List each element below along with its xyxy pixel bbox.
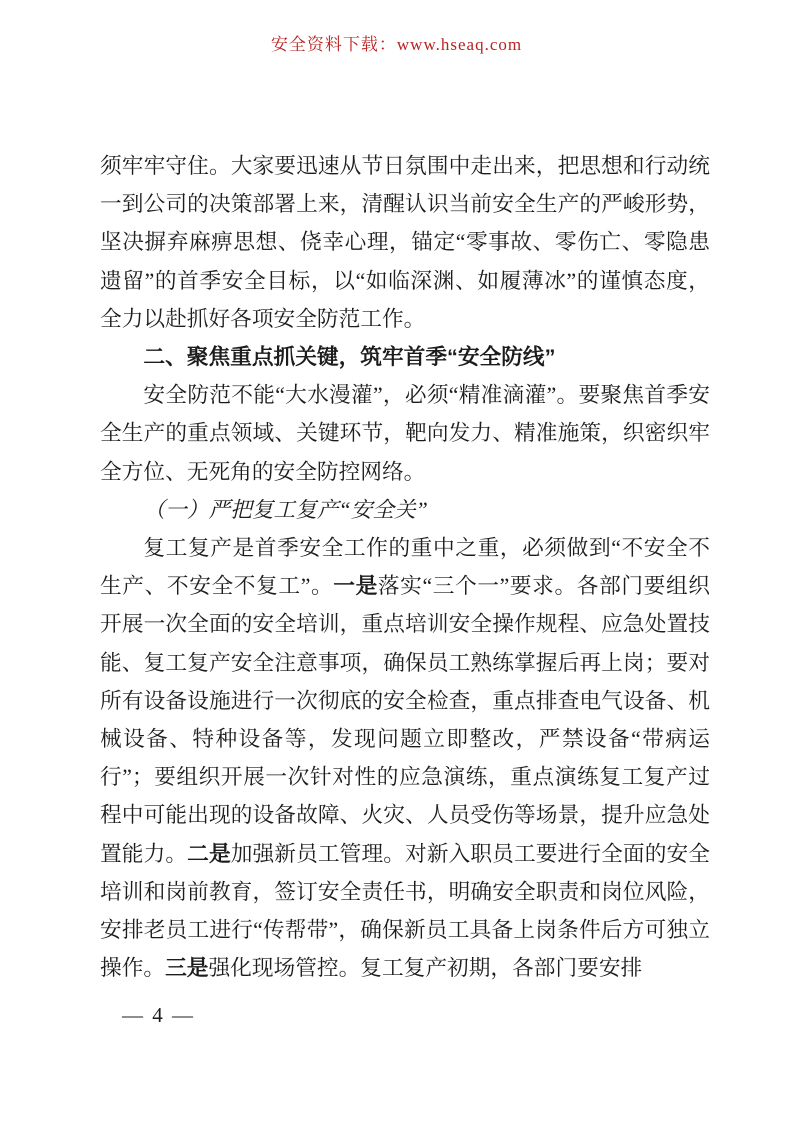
document-body: 须牢牢守住。大家要迅速从节日氛围中走出来，把思想和行动统一到公司的决策部署上来，…: [100, 147, 710, 987]
sub-section-heading: （一）严把复工复产“安全关”: [100, 491, 710, 529]
text-run: 须牢牢守住。大家要迅速从节日氛围中走出来，把思想和行动统一到公司的决策部署上来，…: [100, 154, 710, 331]
section-heading: 二、聚焦重点抓关键，筑牢首季“安全防线”: [100, 338, 710, 376]
document-page: 安全资料下载：www.hseaq.com 须牢牢守住。大家要迅速从节日氛围中走出…: [0, 0, 793, 1122]
text-run: 安全防范不能“大水漫灌”，必须“精准滴灌”。要聚焦首季安全生产的重点领域、关键环…: [100, 383, 710, 483]
text-run: 强化现场管控。复工复产初期，各部门要安排: [208, 956, 642, 980]
download-site-header: 安全资料下载：www.hseaq.com: [0, 30, 793, 55]
text-run: （一）严把复工复产“安全关”: [143, 498, 427, 522]
emphasis-text: 二、聚焦重点抓关键，筑牢首季“安全防线”: [143, 344, 555, 369]
emphasis-text: 一是: [333, 574, 378, 598]
emphasis-text: 二是: [187, 842, 231, 866]
emphasis-text: 三是: [165, 956, 208, 980]
body-paragraph: 复工复产是首季安全工作的重中之重，必须做到“不安全不生产、不安全不复工”。一是落…: [100, 529, 710, 987]
body-paragraph: 须牢牢守住。大家要迅速从节日氛围中走出来，把思想和行动统一到公司的决策部署上来，…: [100, 147, 710, 338]
text-run: 落实“三个一”要求。各部门要组织开展一次全面的安全培训，重点培训安全操作规程、应…: [100, 574, 710, 865]
page-number: — 4 —: [122, 1003, 195, 1028]
body-paragraph: 安全防范不能“大水漫灌”，必须“精准滴灌”。要聚焦首季安全生产的重点领域、关键环…: [100, 376, 710, 491]
